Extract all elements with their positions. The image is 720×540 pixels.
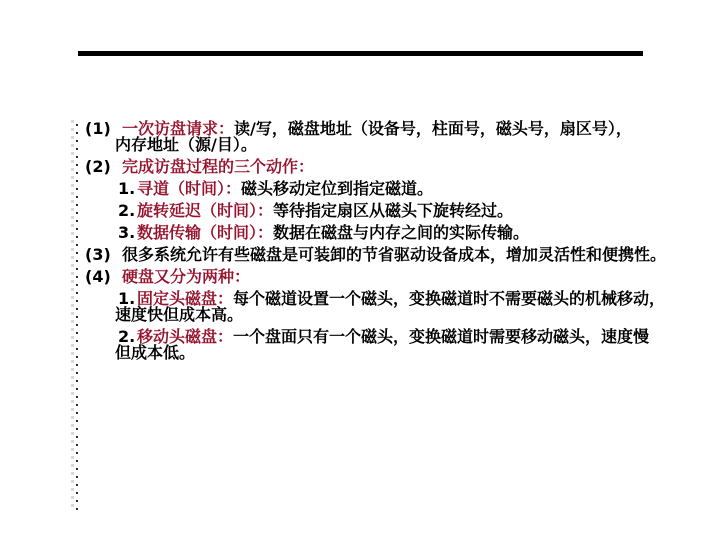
text-line: 速度快但成本高。 [115, 307, 695, 323]
text-segment: 等待指定扇区从磁头下旋转经过。 [273, 201, 513, 220]
text-segment: 但成本低。 [115, 343, 195, 362]
text-paragraph: (2) 完成访盘过程的三个动作： [85, 159, 695, 175]
left-dotted-border-dark [76, 124, 78, 512]
text-line: 2. 旋转延迟（时间）：等待指定扇区从磁头下旋转经过。 [118, 203, 695, 219]
text-line: 3. 数据传输（时间）：数据在磁盘与内存之间的实际传输。 [118, 225, 695, 241]
text-line: (4) 硬盘又分为两种： [85, 269, 695, 285]
text-paragraph: (1) 一次访盘请求：读/写，磁盘地址（设备号，柱面号，磁头号，扇区号），内存地… [85, 121, 695, 153]
emphasis-text: 寻道（时间）： [137, 179, 241, 198]
list-marker: 1. [118, 181, 137, 197]
text-segment: 每个磁道设置一个磁头，变换磁道时不需要磁头的机械移动， [233, 289, 665, 308]
list-marker: 2. [118, 203, 137, 219]
text-paragraph: 2. 旋转延迟（时间）：等待指定扇区从磁头下旋转经过。 [85, 203, 695, 219]
emphasis-text: 旋转延迟（时间）： [137, 201, 273, 220]
list-marker: 3. [118, 225, 137, 241]
emphasis-text: 完成访盘过程的三个动作： [122, 157, 314, 176]
emphasis-text: 硬盘又分为两种： [122, 267, 250, 286]
text-segment: 读/写，磁盘地址（设备号，柱面号，磁头号，扇区号）， [234, 119, 632, 138]
list-marker: (2) [85, 159, 122, 175]
left-dotted-border-light [71, 120, 74, 510]
text-paragraph: (4) 硬盘又分为两种： [85, 269, 695, 285]
list-marker: (4) [85, 269, 122, 285]
text-segment: 数据在磁盘与内存之间的实际传输。 [273, 223, 529, 242]
text-segment: 速度快但成本高。 [115, 305, 243, 324]
text-line: 1. 寻道（时间）：磁头移动定位到指定磁道。 [118, 181, 695, 197]
text-line: (2) 完成访盘过程的三个动作： [85, 159, 695, 175]
emphasis-text: 数据传输（时间）： [137, 223, 273, 242]
text-paragraph: 1. 寻道（时间）：磁头移动定位到指定磁道。 [85, 181, 695, 197]
top-horizontal-rule [78, 51, 643, 56]
list-marker: (3) [85, 247, 122, 263]
text-paragraph: 3. 数据传输（时间）：数据在磁盘与内存之间的实际传输。 [85, 225, 695, 241]
text-line: 但成本低。 [115, 345, 695, 361]
text-segment: 很多系统允许有些磁盘是可装卸的节省驱动设备成本，增加灵活性和便携性。 [122, 245, 666, 264]
text-paragraph: 1. 固定头磁盘：每个磁道设置一个磁头，变换磁道时不需要磁头的机械移动，速度快但… [85, 291, 695, 323]
text-line: 内存地址（源/目）。 [115, 137, 695, 153]
text-paragraph: 2. 移动头磁盘：一个盘面只有一个磁头，变换磁道时需要移动磁头，速度慢但成本低。 [85, 329, 695, 361]
text-segment: 内存地址（源/目）。 [115, 135, 257, 154]
text-segment: 一个盘面只有一个磁头，变换磁道时需要移动磁头，速度慢 [233, 327, 649, 346]
slide-body-text: (1) 一次访盘请求：读/写，磁盘地址（设备号，柱面号，磁头号，扇区号），内存地… [85, 121, 695, 367]
text-line: 2. 移动头磁盘：一个盘面只有一个磁头，变换磁道时需要移动磁头，速度慢 [118, 329, 695, 345]
text-paragraph: (3) 很多系统允许有些磁盘是可装卸的节省驱动设备成本，增加灵活性和便携性。 [85, 247, 695, 263]
presentation-slide: (1) 一次访盘请求：读/写，磁盘地址（设备号，柱面号，磁头号，扇区号），内存地… [0, 0, 720, 540]
text-line: (3) 很多系统允许有些磁盘是可装卸的节省驱动设备成本，增加灵活性和便携性。 [85, 247, 695, 263]
text-segment: 磁头移动定位到指定磁道。 [241, 179, 433, 198]
